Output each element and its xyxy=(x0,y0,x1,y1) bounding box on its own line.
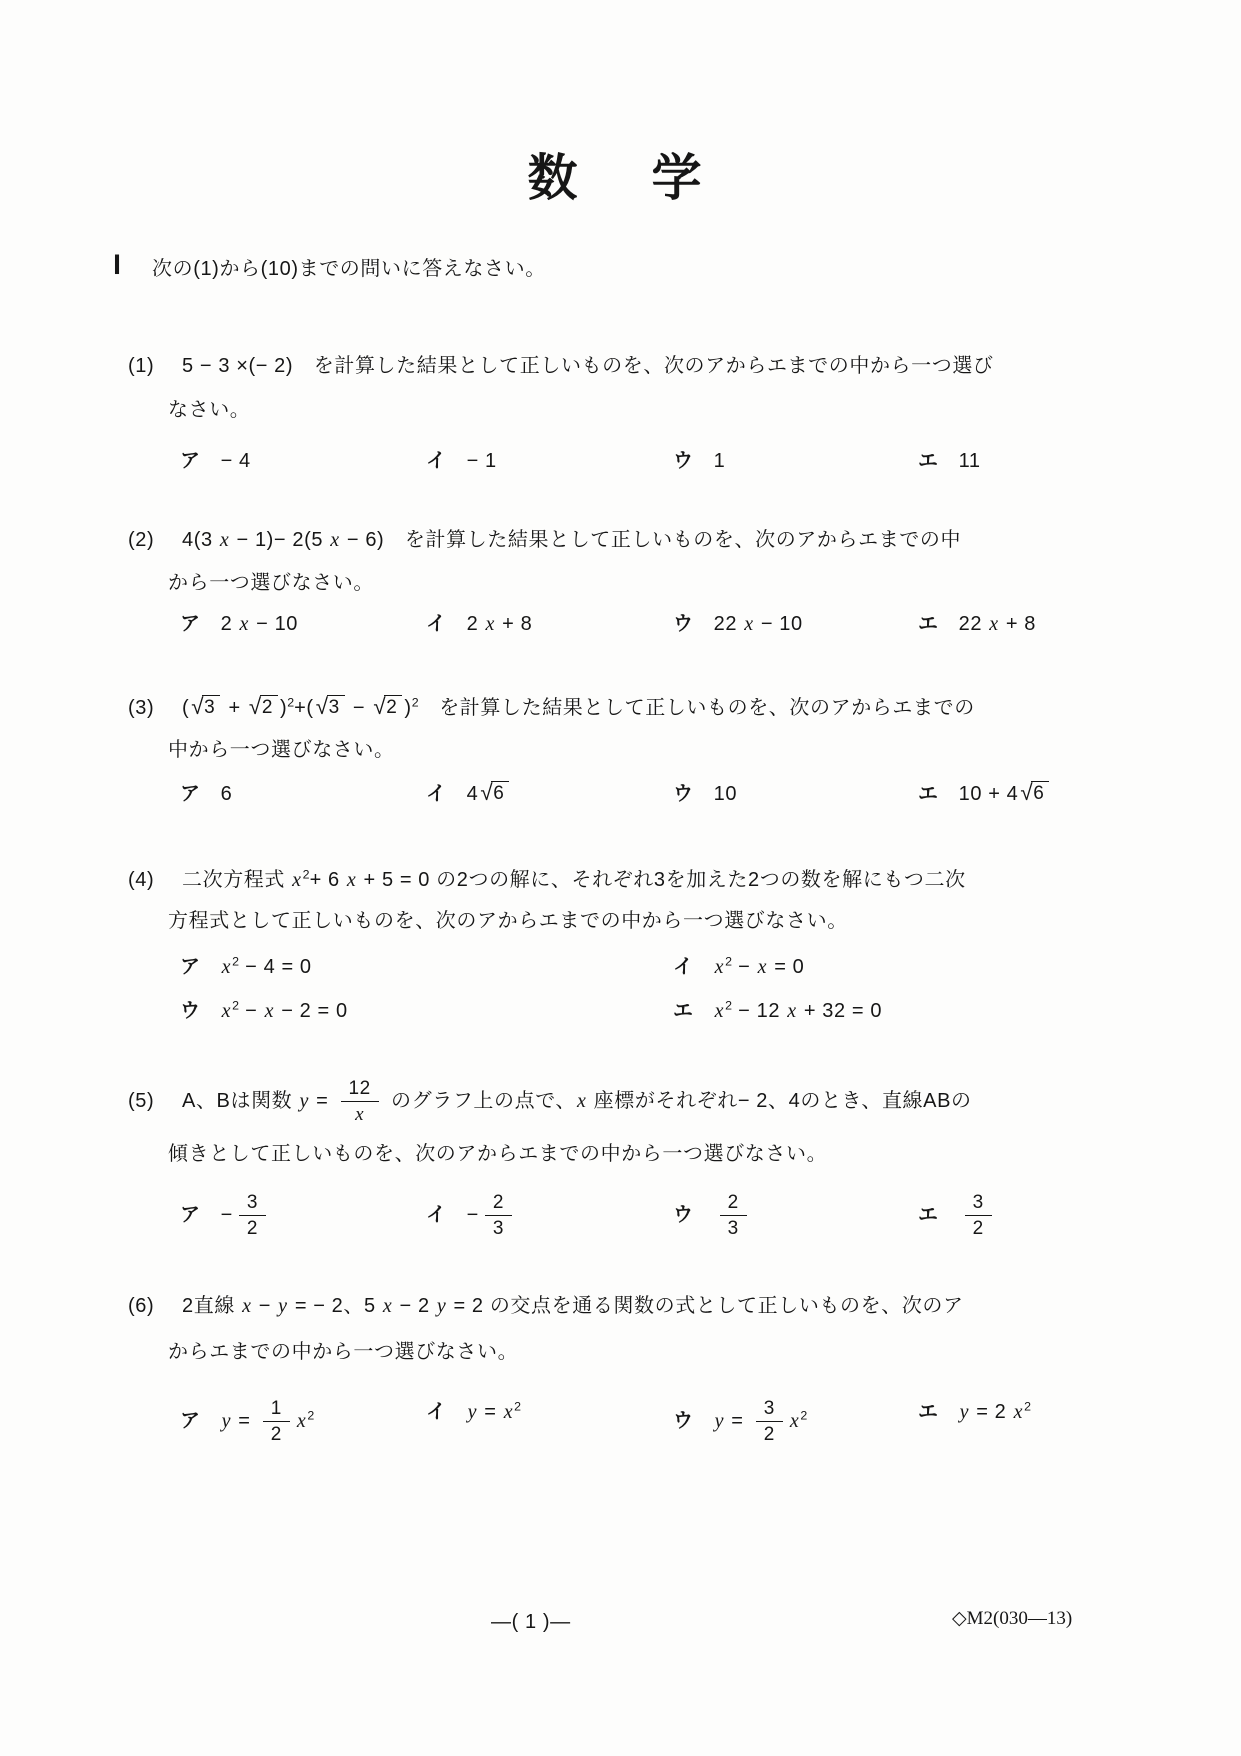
option-label: イ xyxy=(426,1204,447,1226)
option-label: ア xyxy=(180,1410,201,1432)
question-line-1: (4)二次方程式 x2+ 6 x + 5 = 0 の2つの解に、それぞれ3を加え… xyxy=(128,866,966,893)
option-label: イ xyxy=(426,783,447,805)
option-value: − 4 xyxy=(221,450,251,472)
question-line-1: (2)4(3 x − 1)− 2(5 x − 6) を計算した結果として正しいも… xyxy=(128,527,961,553)
option: イ4√6 xyxy=(426,781,511,807)
option: ウ22 x − 10 xyxy=(673,611,803,637)
question-text: 4(3 x − 1)− 2(5 x − 6) を計算した結果として正しいものを、… xyxy=(182,529,961,551)
option: エ11 xyxy=(918,448,981,474)
option-label: エ xyxy=(673,1000,694,1022)
option: ア2 x − 10 xyxy=(180,611,298,637)
option-value: 2 x − 10 xyxy=(221,613,298,635)
option-label: エ xyxy=(918,1401,939,1423)
question-text: A、Bは関数 y = 12x のグラフ上の点で、x 座標がそれぞれ− 2、4のと… xyxy=(182,1090,972,1112)
option-label: イ xyxy=(426,613,447,635)
question-number: (5) xyxy=(128,1088,164,1114)
option-value: x2 − x − 2 = 0 xyxy=(221,1000,348,1022)
option-label: エ xyxy=(918,450,939,472)
question-text: 2直線 x − y = − 2、5 x − 2 y = 2 の交点を通る関数の式… xyxy=(182,1295,964,1317)
option-value: x2 − x = 0 xyxy=(714,956,805,978)
question-line-1: (3)(√3 + √2)2+(√3 − √2)2 を計算した結果として正しいもの… xyxy=(128,694,975,721)
option-value: −23 xyxy=(467,1204,518,1226)
option: ウx2 − x − 2 = 0 xyxy=(180,997,348,1024)
option-label: ウ xyxy=(673,1410,694,1432)
question-number: (1) xyxy=(128,353,164,379)
option: ア6 xyxy=(180,781,232,807)
option: ア−32 xyxy=(180,1192,272,1240)
option-value: 1 xyxy=(714,450,726,472)
question-text: (√3 + √2)2+(√3 − √2)2 を計算した結果として正しいものを、次… xyxy=(182,697,975,719)
question-line-2: 方程式として正しいものを、次のアからエまでの中から一つ選びなさい。 xyxy=(168,908,848,934)
option-label: ウ xyxy=(673,1204,694,1226)
option: エ22 x + 8 xyxy=(918,611,1036,637)
footer-page-number: —( 1 )— xyxy=(491,1609,571,1635)
option-label: ア xyxy=(180,783,201,805)
option-label: エ xyxy=(918,613,939,635)
option-value: y = 32x2 xyxy=(714,1410,808,1432)
question-line-2: からエまでの中から一つ選びなさい。 xyxy=(168,1339,518,1365)
option-value: 11 xyxy=(959,450,981,472)
option-label: ア xyxy=(180,450,201,472)
question-line-2: 中から一つ選びなさい。 xyxy=(168,737,395,763)
option-value: y = x2 xyxy=(467,1401,521,1423)
option: ウ10 xyxy=(673,781,737,807)
option-value: 22 x + 8 xyxy=(959,613,1036,635)
option-value: x2 − 4 = 0 xyxy=(221,956,312,978)
option-value: 4√6 xyxy=(467,783,512,805)
question-number: (2) xyxy=(128,527,164,553)
question-number: (4) xyxy=(128,867,164,893)
question-line-2: から一つ選びなさい。 xyxy=(168,570,374,596)
option-value: − 1 xyxy=(467,450,497,472)
options-row: ア−32 イ−23 ウ23 エ32 xyxy=(0,1192,1241,1252)
option: アx2 − 4 = 0 xyxy=(180,953,312,980)
option: ア− 4 xyxy=(180,448,251,474)
option-label: ア xyxy=(180,613,201,635)
option: イy = x2 xyxy=(426,1398,521,1425)
option: エ10 + 4√6 xyxy=(918,781,1051,807)
option-value: 2 x + 8 xyxy=(467,613,533,635)
option-label: エ xyxy=(918,1204,939,1226)
section-instruction: 次の(1)から(10)までの問いに答えなさい。 xyxy=(152,256,546,282)
option-value: −32 xyxy=(221,1204,272,1226)
option: イ− 1 xyxy=(426,448,497,474)
option: イx2 − x = 0 xyxy=(673,953,804,980)
question-number: (6) xyxy=(128,1293,164,1319)
option: ウ1 xyxy=(673,448,725,474)
option-value: 10 + 4√6 xyxy=(959,783,1052,805)
option: エ32 xyxy=(918,1192,998,1240)
option: エy = 2 x2 xyxy=(918,1398,1031,1425)
option: ウy = 32x2 xyxy=(673,1398,807,1446)
option-label: ア xyxy=(180,956,201,978)
section-marker: Ⅰ xyxy=(113,248,121,283)
option-label: イ xyxy=(673,956,694,978)
option-value: 22 x − 10 xyxy=(714,613,803,635)
option-value: y = 12x2 xyxy=(221,1410,315,1432)
question-line-1: (5)A、Bは関数 y = 12x のグラフ上の点で、x 座標がそれぞれ− 2、… xyxy=(128,1078,972,1126)
question-line-2: 傾きとして正しいものを、次のアからエまでの中から一つ選びなさい。 xyxy=(168,1141,827,1167)
option-label: ア xyxy=(180,1204,201,1226)
option: ウ23 xyxy=(673,1192,753,1240)
question-line-1: (1)5 − 3 ×(− 2) を計算した結果として正しいものを、次のアからエま… xyxy=(128,353,994,379)
question-line-2: なさい。 xyxy=(168,397,250,423)
question-number: (3) xyxy=(128,695,164,721)
option: イ−23 xyxy=(426,1192,518,1240)
option: アy = 12x2 xyxy=(180,1398,314,1446)
option-value: x2 − 12 x + 32 = 0 xyxy=(714,1000,882,1022)
option-label: ウ xyxy=(180,1000,201,1022)
page-title: 数 学 xyxy=(0,146,1241,211)
option: イ2 x + 8 xyxy=(426,611,532,637)
footer-doc-code: ◇M2(030—13) xyxy=(952,1607,1072,1632)
option-label: イ xyxy=(426,450,447,472)
question-text: 二次方程式 x2+ 6 x + 5 = 0 の2つの解に、それぞれ3を加えた2つ… xyxy=(182,869,966,891)
exam-page: 数 学 Ⅰ 次の(1)から(10)までの問いに答えなさい。 (1)5 − 3 ×… xyxy=(0,0,1241,1756)
option-value: y = 2 x2 xyxy=(959,1401,1031,1423)
option-label: イ xyxy=(426,1401,447,1423)
option: エx2 − 12 x + 32 = 0 xyxy=(673,997,882,1024)
option-label: ウ xyxy=(673,783,694,805)
option-value: 6 xyxy=(221,783,233,805)
options-row: アy = 12x2 イy = x2 ウy = 32x2 エy = 2 x2 xyxy=(0,1398,1241,1458)
option-value: 32 xyxy=(959,1204,998,1226)
option-label: ウ xyxy=(673,613,694,635)
option-value: 10 xyxy=(714,783,737,805)
question-text: 5 − 3 ×(− 2) を計算した結果として正しいものを、次のアからエまでの中… xyxy=(182,355,994,377)
option-label: ウ xyxy=(673,450,694,472)
option-label: エ xyxy=(918,783,939,805)
option-value: 23 xyxy=(714,1204,753,1226)
question-line-1: (6)2直線 x − y = − 2、5 x − 2 y = 2 の交点を通る関… xyxy=(128,1293,964,1319)
